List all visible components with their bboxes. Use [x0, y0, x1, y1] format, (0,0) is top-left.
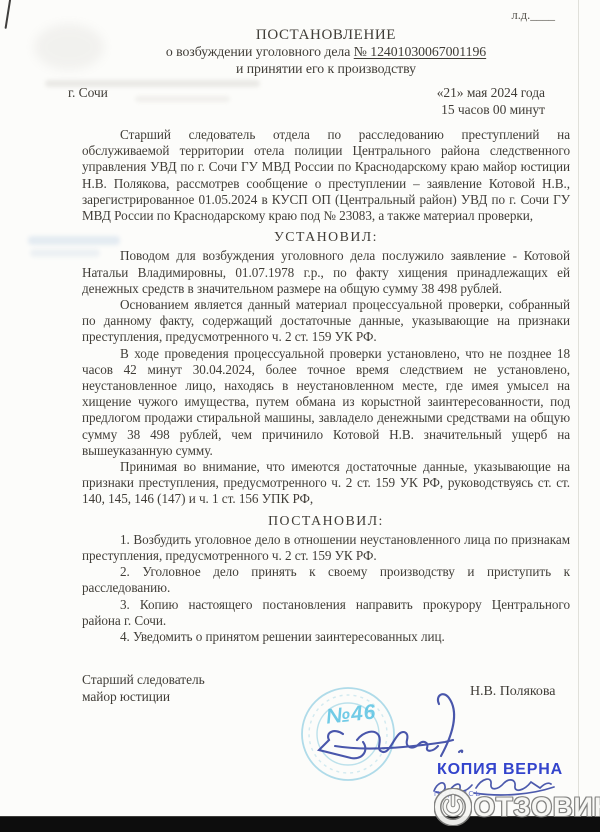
resolution-item: 4. Уведомить о принятом решении заинтере…: [82, 629, 570, 645]
document-subtitle-line2: и принятии его к производству: [82, 61, 570, 78]
section-heading-ustanovil: УСТАНОВИЛ:: [82, 229, 570, 245]
date-time-block: «21» мая 2024 года 15 часов 00 минут: [437, 85, 545, 118]
subtitle-prefix: о возбуждении уголовного дела: [166, 44, 354, 59]
paragraph: В ходе проведения процессуальной проверк…: [82, 346, 570, 459]
section-heading-postanovil: ПОСТАНОВИЛ:: [82, 513, 570, 529]
paragraph: Поводом для возбуждения уголовного дела …: [82, 248, 570, 297]
resolution-item: 1. Возбудить уголовное дело в отношении …: [82, 532, 570, 564]
scan-artifact-pen-line: [5, 0, 12, 29]
time-label: 15 часов 00 минут: [441, 102, 545, 117]
case-number: № 12401030067001196: [354, 44, 486, 59]
document-subtitle: о возбуждении уголовного дела № 12401030…: [82, 44, 570, 61]
scanned-document-page: л.д.____ ПОСТАНОВЛЕНИЕ о возбуждении уго…: [0, 0, 600, 832]
watermark: ОТЗОВИК: [434, 788, 600, 826]
signer-name: Н.В. Полякова: [470, 684, 555, 700]
city-label: г. Сочи: [68, 85, 108, 101]
date-label: «21» мая 2024 года: [437, 85, 545, 100]
document-body: л.д.____ ПОСТАНОВЛЕНИЕ о возбуждении уго…: [82, 8, 570, 711]
scan-artifact-edge-line: [578, 0, 579, 817]
document-title: ПОСТАНОВЛЕНИЕ: [82, 27, 570, 44]
preamble-paragraph: Старший следователь отдела по расследова…: [82, 127, 570, 224]
place-date-row: г. Сочи «21» мая 2024 года 15 часов 00 м…: [82, 85, 570, 118]
paragraph: Принимая во внимание, что имеются достат…: [82, 459, 570, 508]
watermark-text: ОТЗОВИК: [474, 794, 600, 821]
resolution-item: 3. Копию настоящего постановления направ…: [82, 597, 570, 629]
power-icon: [434, 788, 472, 826]
paragraph: Основанием является данный материал проц…: [82, 297, 570, 346]
resolution-item: 2. Уголовное дело принять к своему произ…: [82, 564, 570, 596]
folio-label: л.д.____: [82, 8, 555, 23]
